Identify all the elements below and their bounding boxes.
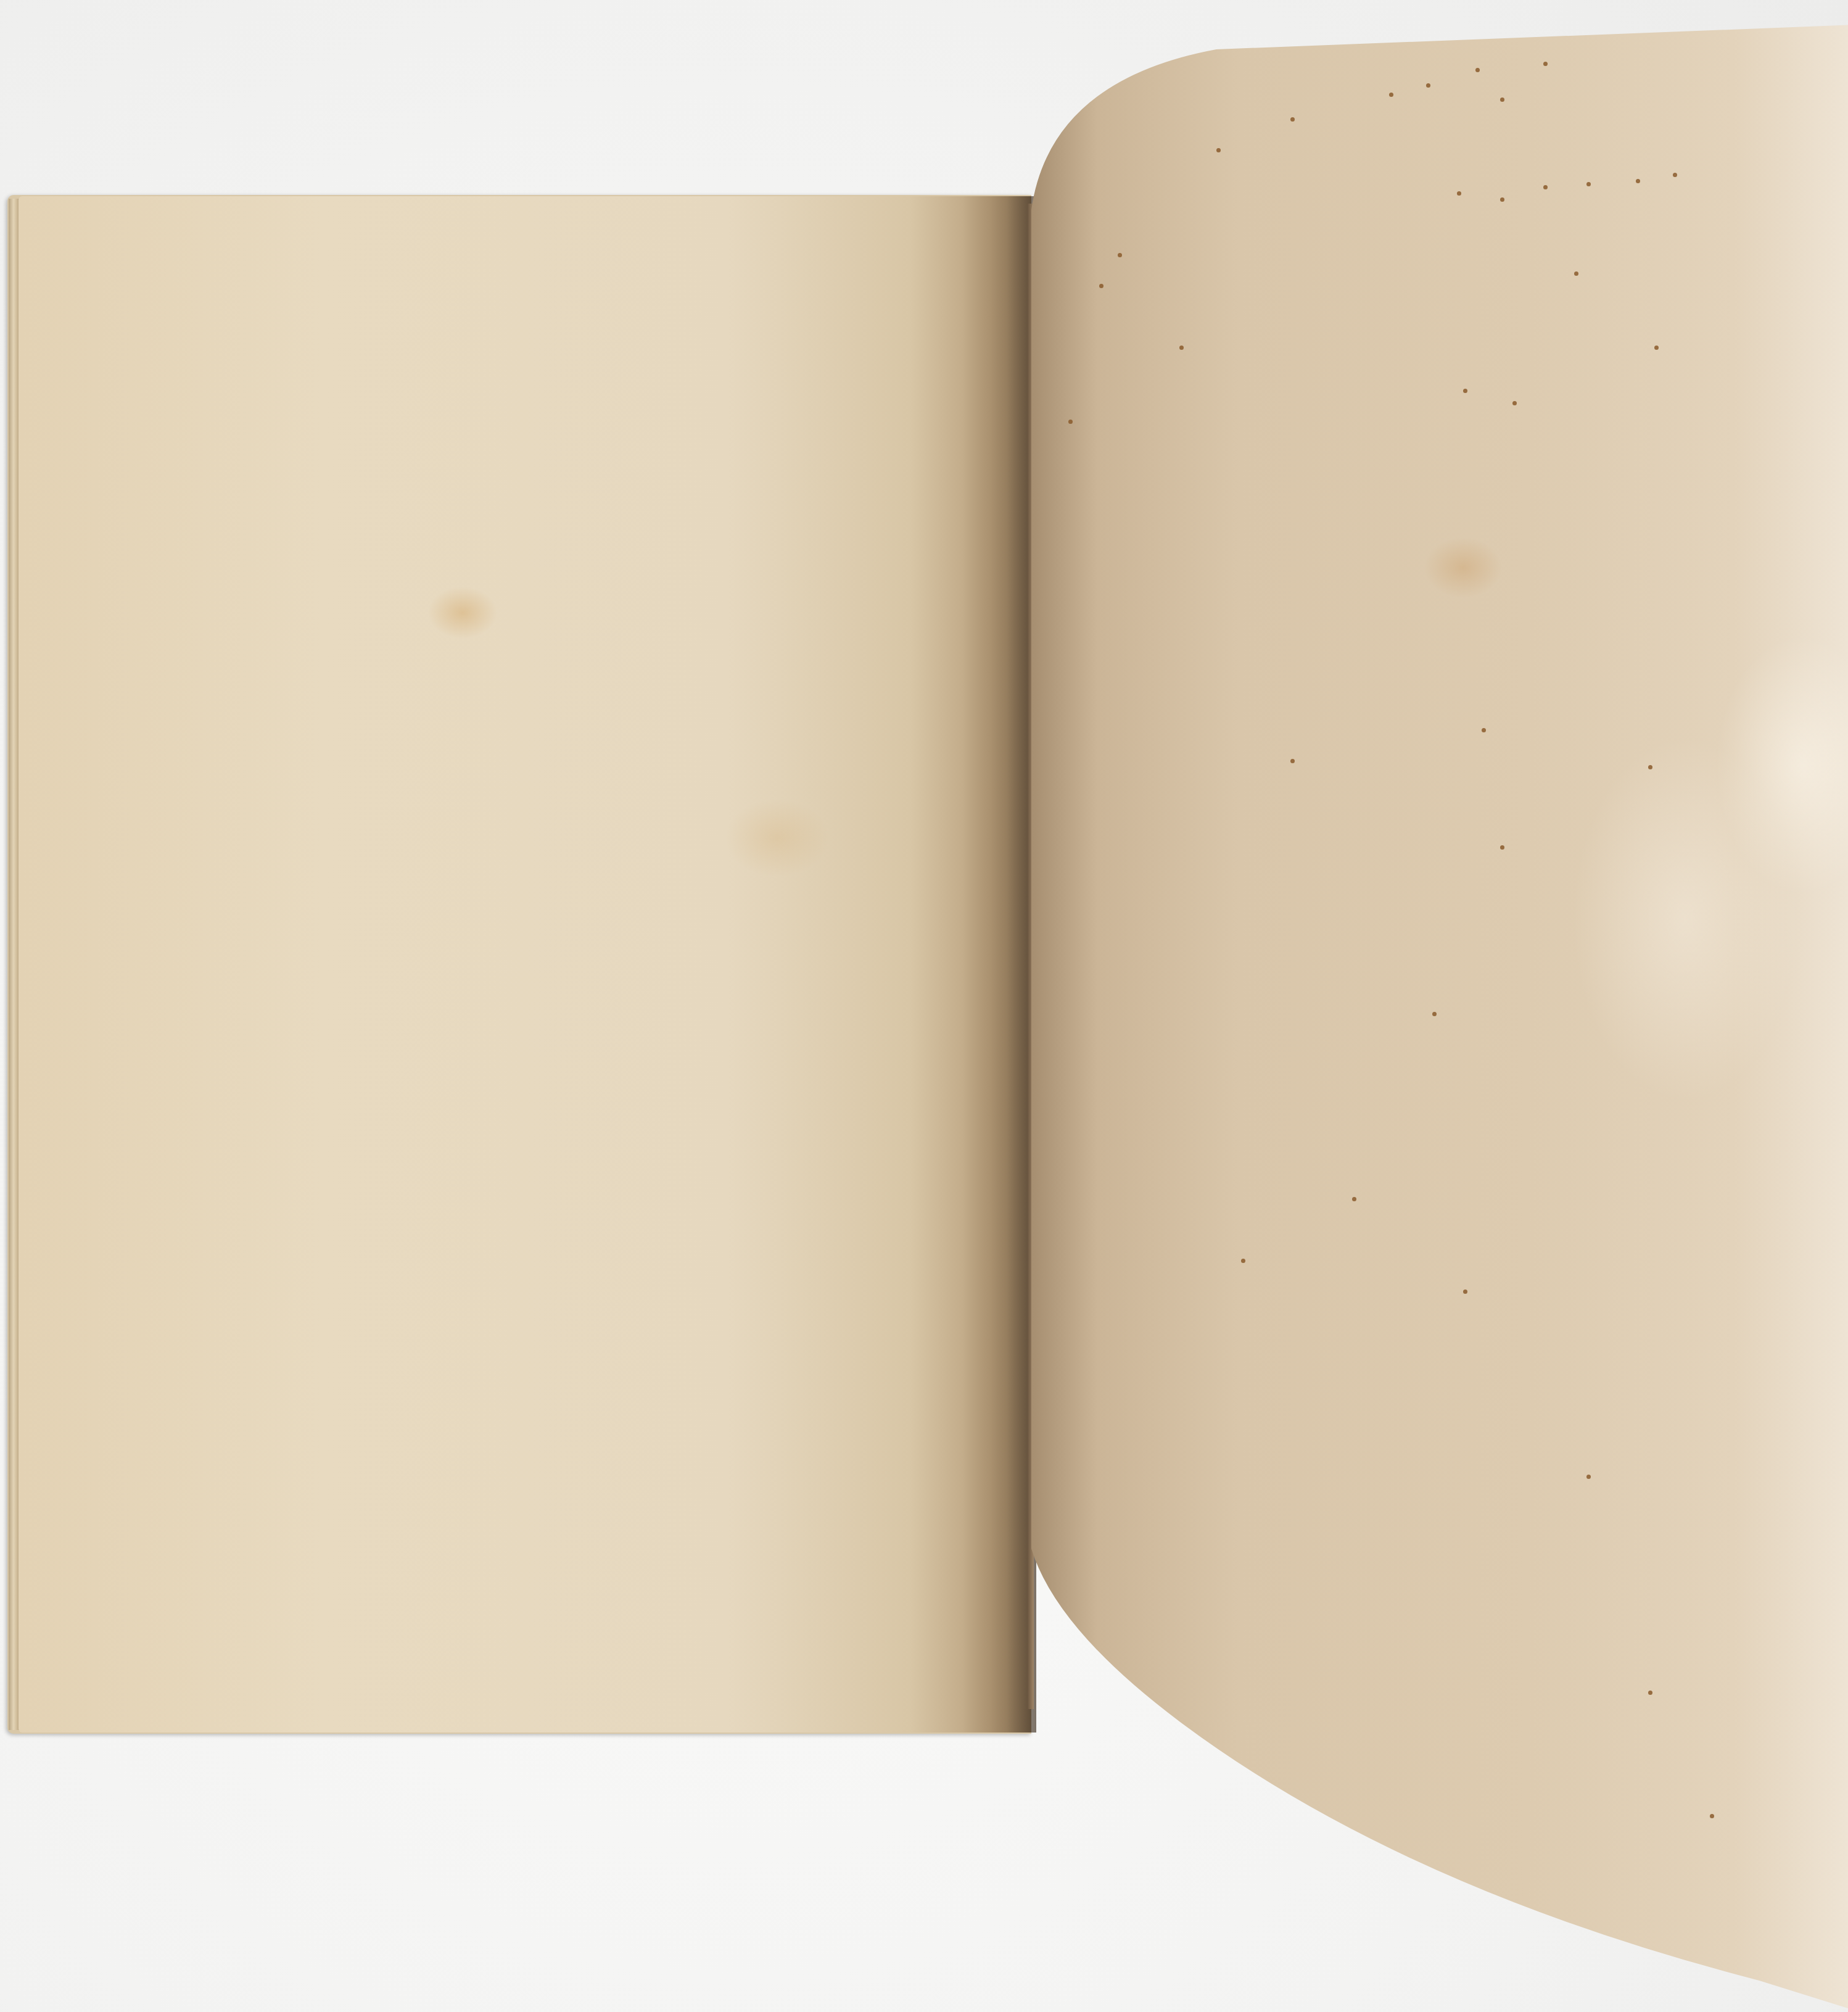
photo-scene [0, 0, 1848, 2012]
left-page [19, 196, 1031, 1733]
gutter-shadow [962, 196, 1036, 1733]
